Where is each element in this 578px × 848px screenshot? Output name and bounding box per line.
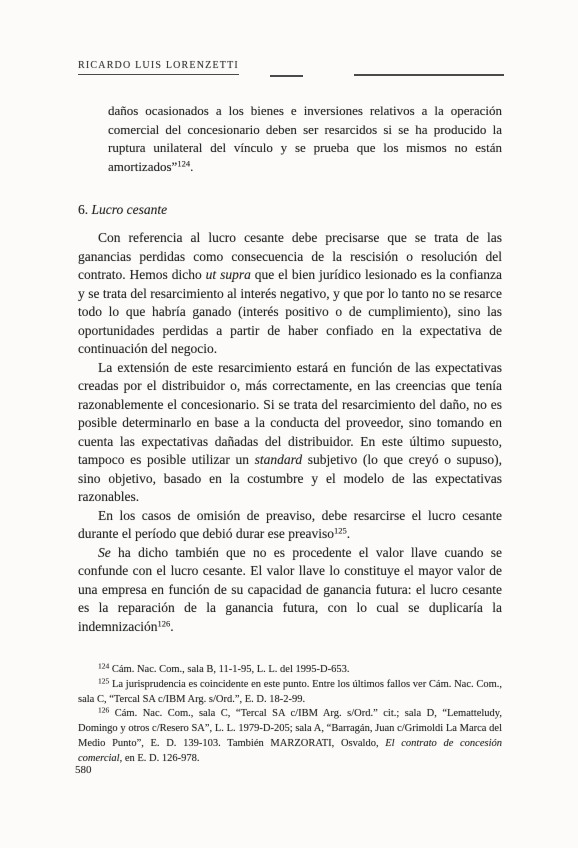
header-rule-segment (270, 75, 303, 77)
section-number: 6. (78, 202, 88, 217)
paragraph-text: En los casos de omisión de preaviso, deb… (78, 508, 502, 542)
footnote-marker-126: 126 (98, 706, 109, 715)
running-header: RICARDO LUIS LORENZETTI (78, 60, 502, 82)
footnote: 124 Cám. Nac. Com., sala B, 11-1-95, L. … (78, 663, 502, 678)
paragraph-text: La extensión de este resarcimiento estar… (78, 360, 502, 468)
block-quote: daños ocasionados a los bienes e inversi… (78, 102, 502, 176)
footnote: 125 La jurisprudencia es coincidente en … (78, 678, 502, 708)
header-rule-segment (354, 74, 504, 76)
paragraph: La extensión de este resarcimiento estar… (78, 359, 502, 507)
section-title: Lucro cesante (92, 202, 168, 217)
paragraph-italic-text: standard (255, 452, 303, 467)
section-heading: 6. Lucro cesante (78, 202, 502, 218)
footnote: 126 Cám. Nac. Com., sala C, “Tercal SA c… (78, 707, 502, 766)
paragraph-text: ha dicho también que no es procedente el… (78, 545, 502, 634)
footnote-marker-125: 125 (98, 676, 109, 685)
paragraph: En los casos de omisión de preaviso, deb… (78, 507, 502, 544)
quote-period: . (190, 159, 193, 174)
body-text: Con referencia al lucro cesante debe pre… (78, 229, 502, 636)
footnotes-section: 124 Cám. Nac. Com., sala B, 11-1-95, L. … (78, 663, 502, 767)
footnote-marker-124: 124 (98, 662, 109, 671)
footnote-text: La jurisprudencia es coincidente en este… (78, 679, 502, 705)
footnote-ref-125: 125 (334, 526, 347, 536)
footnote-text: , en E. D. 126-978. (120, 753, 200, 764)
paragraph: Con referencia al lucro cesante debe pre… (78, 229, 502, 359)
paragraph: Se ha dicho también que no es procedente… (78, 544, 502, 637)
footnote-ref-124: 124 (177, 158, 190, 168)
paragraph-italic-text: ut supra (206, 267, 251, 282)
running-header-author: RICARDO LUIS LORENZETTI (78, 60, 239, 75)
page-number: 580 (75, 764, 92, 776)
paragraph-italic-text: Se (98, 545, 111, 560)
scanned-book-page: RICARDO LUIS LORENZETTI daños ocasionado… (0, 0, 578, 848)
paragraph-text: . (347, 526, 350, 541)
paragraph-text: . (170, 619, 173, 634)
footnote-text: Cám. Nac. Com., sala B, 11-1-95, L. L. d… (112, 664, 350, 675)
footnote-ref-126: 126 (157, 618, 170, 628)
quote-text: daños ocasionados a los bienes e inversi… (108, 103, 502, 174)
